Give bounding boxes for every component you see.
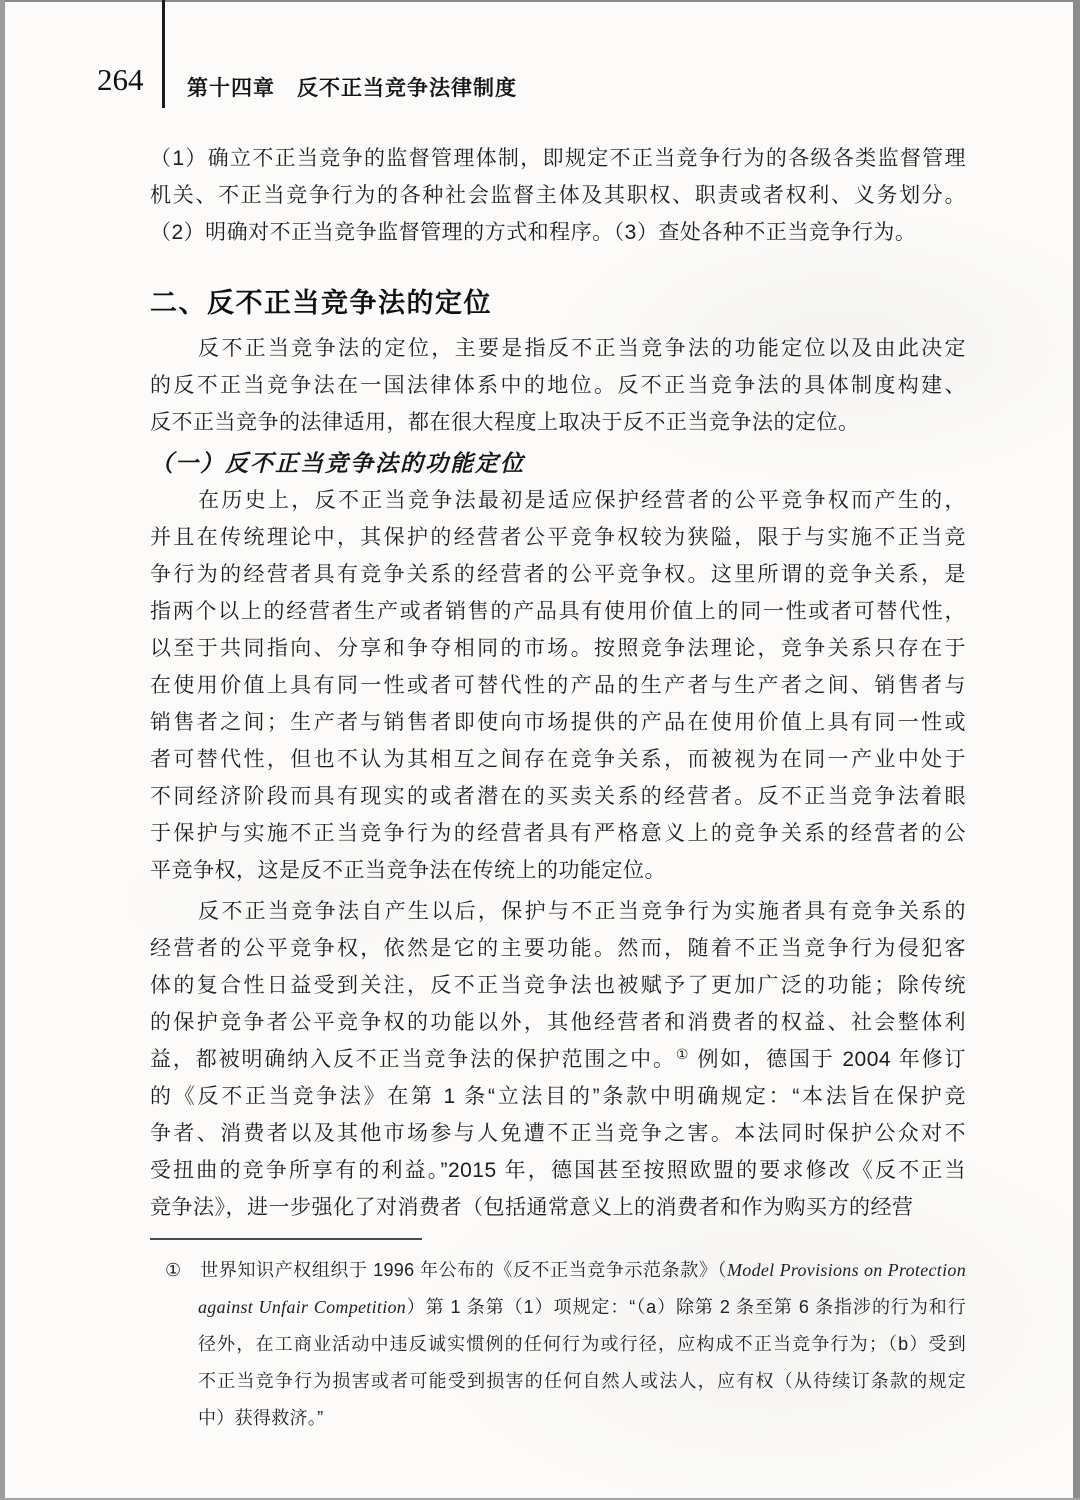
footnote-line: against Unfair Competition）第 1 条第（1）项规定：… (150, 1289, 966, 1326)
paragraph-historical-function: 在历史上，反不正当竞争法最初是适应保护经营者的公平竞争权而产生的，并且在传统理论… (150, 482, 966, 889)
text-line: 不同经济阶段而具有现实的或者潜在的买卖关系的经营者。反不正当竞争法着眼 (150, 778, 966, 815)
paragraph-positioning-overview: 反不正当竞争法的定位，主要是指反不正当竞争法的功能定位以及由此决定的反不正当竞争… (150, 330, 966, 441)
paragraph-modern-function: 反不正当竞争法自产生以后，保护与不正当竞争行为实施者具有竞争关系的经营者的公平竞… (150, 893, 966, 1226)
subsection-heading: （一）反不正当竞争法的功能定位 (150, 444, 966, 482)
footnote-line: ① 世界知识产权组织于 1996 年公布的《反不正当竞争示范条款》（Model … (150, 1252, 966, 1289)
text-line: 的《反不正当竞争法》在第 1 条“立法目的”条款中明确规定：“本法旨在保护竞 (150, 1078, 966, 1115)
paragraph-supervision-summary: （1）确立不正当竞争的监督管理体制，即规定不正当竞争行为的各级各类监督管理机关、… (150, 140, 966, 251)
text-line: 反不正当竞争法的定位，主要是指反不正当竞争法的功能定位以及由此决定 (150, 330, 966, 367)
page-content: （1）确立不正当竞争的监督管理体制，即规定不正当竞争行为的各级各类监督管理机关、… (150, 140, 966, 1437)
text-line: 的保护竞争者公平竞争权的功能以外，其他经营者和消费者的权益、社会整体利 (150, 1004, 966, 1041)
text-line: 在历史上，反不正当竞争法最初是适应保护经营者的公平竞争权而产生的， (150, 482, 966, 519)
footnote-divider (150, 1238, 422, 1240)
text-line: （1）确立不正当竞争的监督管理体制，即规定不正当竞争行为的各级各类监督管理 (150, 140, 966, 177)
text-line: 受扭曲的竞争所享有的利益。”2015 年，德国甚至按照欧盟的要求修改《反不正当 (150, 1152, 966, 1189)
footnote-line: 不正当竞争行为损害或者可能受到损害的任何自然人或法人，应有权（从待续订条款的规定 (150, 1363, 966, 1400)
text-line: 争者、消费者以及其他市场参与人免遭不正当竞争之害。本法同时保护公众对不 (150, 1115, 966, 1152)
section-heading: 二、反不正当竞争法的定位 (150, 282, 966, 324)
text-line: 反不正当竞争的法律适用，都在很大程度上取决于反不正当竞争法的定位。 (150, 404, 966, 441)
text-line: 在使用价值上具有同一性或者可替代性的产品的生产者与生产者之间、销售者与 (150, 667, 966, 704)
footnote-line: 中）获得救济。” (150, 1400, 966, 1437)
text-line: 并且在传统理论中，其保护的经营者公平竞争权较为狭隘，限于与实施不正当竞 (150, 519, 966, 556)
footnote-line: 径外，在工商业活动中违反诚实惯例的任何行为或行径，应构成不正当竞争行为；（b）受… (150, 1326, 966, 1363)
text-line: 争行为的经营者具有竞争关系的经营者的公平竞争权。这里所谓的竞争关系，是 (150, 556, 966, 593)
text-line: 反不正当竞争法自产生以后，保护与不正当竞争行为实施者具有竞争关系的 (150, 893, 966, 930)
text-line: 销售者之间；生产者与销售者即使向市场提供的产品在使用价值上具有同一性或 (150, 704, 966, 741)
text-line: 益，都被明确纳入反不正当竞争法的保护范围之中。① 例如，德国于 2004 年修订 (150, 1041, 966, 1078)
scan-edge-right (1073, 0, 1080, 1500)
footnote: ① 世界知识产权组织于 1996 年公布的《反不正当竞争示范条款》（Model … (150, 1252, 966, 1437)
text-line: 体的复合性日益受到关注，反不正当竞争法也被赋予了更加广泛的功能；除传统 (150, 967, 966, 1004)
page-number: 264 (97, 62, 144, 98)
text-line: 的反不正当竞争法在一国法律体系中的地位。反不正当竞争法的具体制度构建、 (150, 367, 966, 404)
footnote-ref-marker: ① (676, 1046, 690, 1062)
text-line: 竞争法》，进一步强化了对消费者（包括通常意义上的消费者和作为购买方的经营 (150, 1189, 966, 1226)
footnote-text-cn: ）第 1 条第（1）项规定：“（a）除第 2 条至第 6 条指涉的行为和行 (406, 1297, 966, 1317)
text-line: 以至于共同指向、分享和争夺相同的市场。按照竞争法理论，竞争关系只存在于 (150, 630, 966, 667)
footnote-book-title-en: Model Provisions on Protection (727, 1260, 966, 1280)
book-page: 264 第十四章 反不正当竞争法律制度 （1）确立不正当竞争的监督管理体制，即规… (0, 0, 1080, 1500)
header-divider-rule (162, 0, 165, 108)
text-line: 于保护与实施不正当竞争行为的经营者具有严格意义上的竞争关系的经营者的公 (150, 815, 966, 852)
text-line: 指两个以上的经营者生产或者销售的产品具有使用价值上的同一性或者可替代性， (150, 593, 966, 630)
footnote-text-cn: ① 世界知识产权组织于 1996 年公布的《反不正当竞争示范条款》（ (165, 1260, 727, 1280)
text-line: 平竞争权，这是反不正当竞争法在传统上的功能定位。 (150, 852, 966, 889)
text-line: 者可替代性，但也不认为其相互之间存在竞争关系，而被视为在同一产业中处于 (150, 741, 966, 778)
chapter-header: 第十四章 反不正当竞争法律制度 (187, 72, 517, 102)
footnote-book-title-en: against Unfair Competition (198, 1297, 406, 1317)
scan-edge-left (0, 0, 5, 1500)
text-line: （2）明确对不正当竞争监督管理的方式和程序。（3）查处各种不正当竞争行为。 (150, 214, 966, 251)
text-line: 机关、不正当竞争行为的各种社会监督主体及其职权、职责或者权利、义务划分。 (150, 177, 966, 214)
text-line: 经营者的公平竞争权，依然是它的主要功能。然而，随着不正当竞争行为侵犯客 (150, 930, 966, 967)
